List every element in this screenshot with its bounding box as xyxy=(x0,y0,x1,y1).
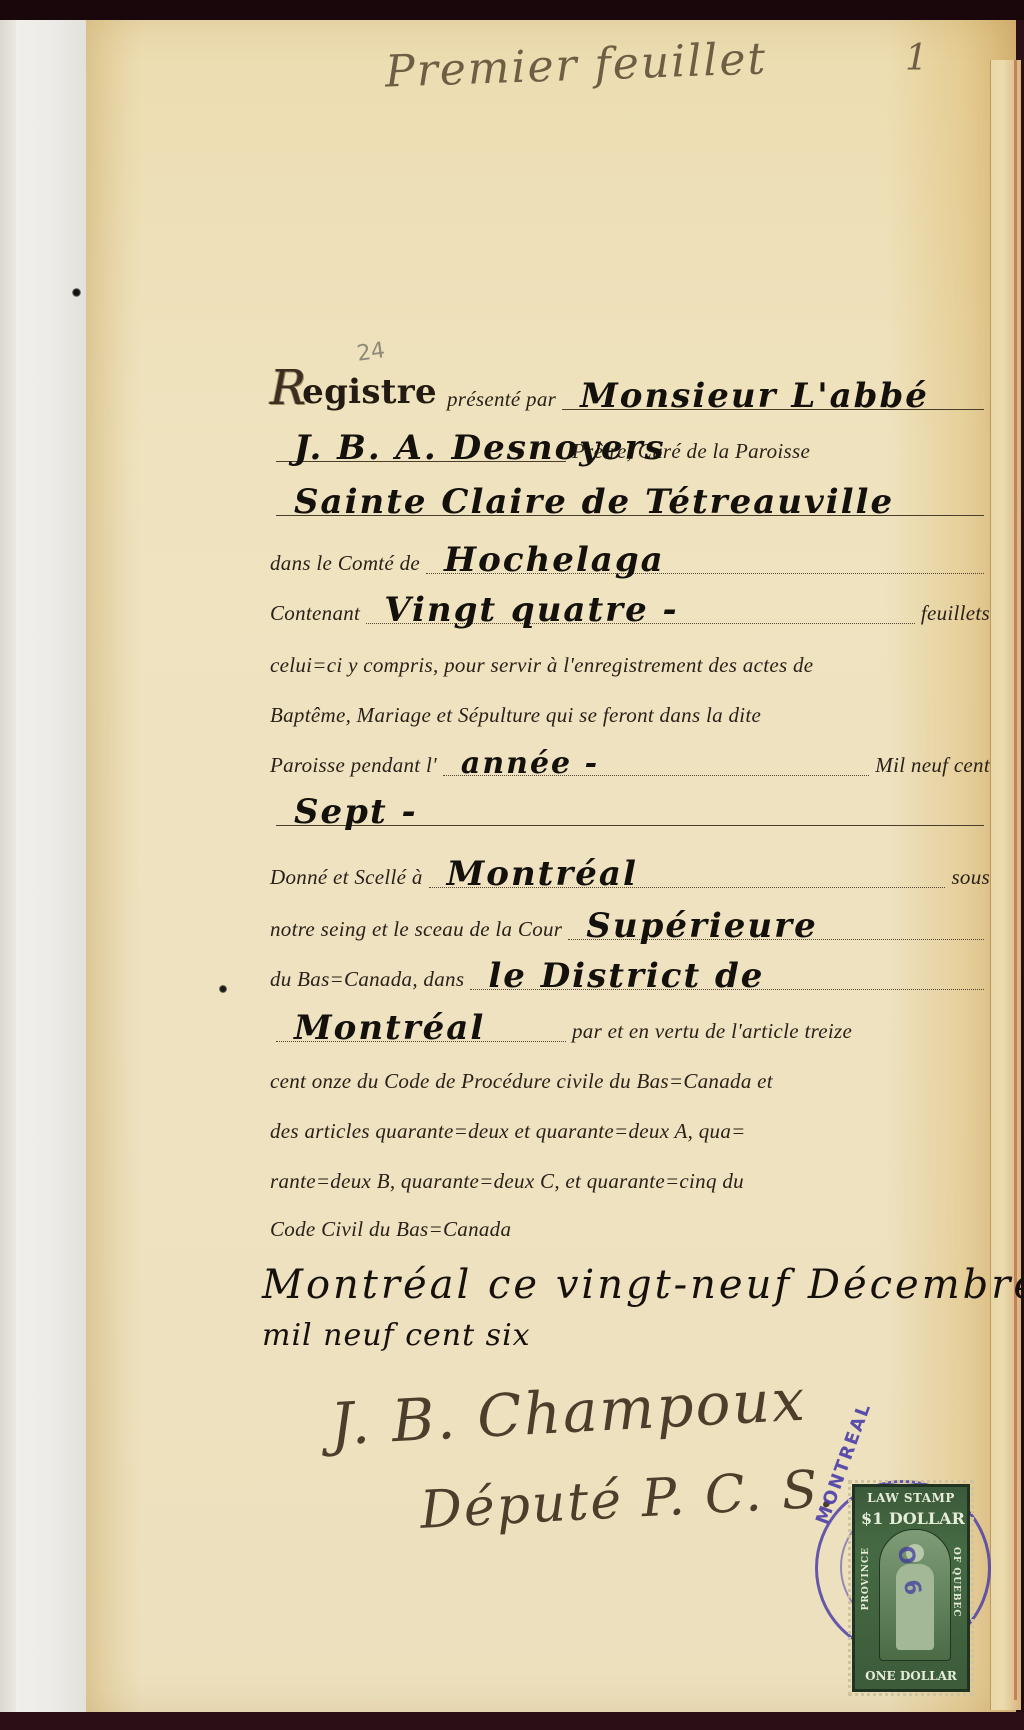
fill-field-period: année - xyxy=(443,735,869,776)
handwritten-entry: Hochelaga xyxy=(426,543,677,577)
printed-text: celui=ci y compris, pour servir à l'enre… xyxy=(270,653,813,682)
printed-text: par et en vertu de l'article treize xyxy=(572,1019,852,1048)
closing-date-line-1: Montréal ce vingt-neuf Décembre xyxy=(262,1262,1024,1308)
binding-edge xyxy=(0,20,16,1712)
printed-text: Mil neuf cent xyxy=(875,753,990,782)
printed-text: sous xyxy=(951,865,990,894)
ornate-initial: R xyxy=(270,360,306,416)
printed-text: Donné et Scellé à xyxy=(270,865,423,894)
form-line-contents: Contenant Vingt quatre - feuillets xyxy=(270,582,990,630)
printed-text: cent onze du Code de Procédure civile du… xyxy=(270,1069,773,1098)
stamp-top-label: LAW STAMP xyxy=(855,1491,967,1505)
ink-spot xyxy=(219,985,227,993)
stamp-left-label: PROVINCE xyxy=(861,1547,871,1610)
printed-text: Paroisse pendant l' xyxy=(270,753,437,782)
folio-number: 1 xyxy=(905,38,928,79)
handwritten-entry: Sept - xyxy=(276,795,430,829)
form-line-priest: J. B. A. Desnoyers Prêtre, Curé de la Pa… xyxy=(270,420,990,468)
form-line-parish: Sainte Claire de Tétreauville xyxy=(270,474,990,522)
fill-field-leaf-count: Vingt quatre - xyxy=(366,583,915,624)
closing-date-line-2: mil neuf cent six xyxy=(262,1318,531,1353)
page-red-edge xyxy=(1014,60,1017,1700)
stamp-right-label: OF QUEBEC xyxy=(951,1547,961,1618)
printed-text: des articles quarante=deux et quarante=d… xyxy=(270,1119,746,1148)
handwritten-entry: année - xyxy=(443,749,611,779)
printed-text: Contenant xyxy=(270,601,360,630)
form-line-county: dans le Comté de Hochelaga xyxy=(270,532,990,580)
form-line-district: du Bas=Canada, dans le District de xyxy=(270,948,990,996)
stamp-value: $1 DOLLAR xyxy=(861,1509,965,1528)
fill-field-priest-name: J. B. A. Desnoyers xyxy=(276,421,566,462)
handwritten-entry: Vingt quatre - xyxy=(366,593,690,627)
bottom-cover-edge xyxy=(0,1712,1024,1730)
handwritten-entry: le District de xyxy=(470,959,776,993)
form-line-year-value: Sept - xyxy=(270,784,990,832)
form-line-legal-4: Code Civil du Bas=Canada xyxy=(270,1198,990,1246)
printed-text: présenté par xyxy=(447,387,556,416)
handwritten-entry: Sainte Claire de Tétreauville xyxy=(276,485,906,519)
fill-field-court: Supérieure xyxy=(568,899,984,940)
printed-text: Code Civil du Bas=Canada xyxy=(270,1217,511,1246)
handwritten-entry: Supérieure xyxy=(568,909,829,943)
top-cover-edge xyxy=(0,0,1024,20)
form-line-legal-1: cent onze du Code de Procédure civile du… xyxy=(270,1050,990,1098)
fill-field-district: le District de xyxy=(470,949,984,990)
printed-text: dans le Comté de xyxy=(270,551,420,580)
printed-text: rante=deux B, quarante=deux C, et quaran… xyxy=(270,1169,744,1198)
fill-field-parish: Sainte Claire de Tétreauville xyxy=(276,475,984,516)
handwritten-entry: Monsieur L'abbé xyxy=(562,379,941,413)
printed-text: notre seing et le sceau de la Cour xyxy=(270,917,562,946)
form-line-legal-3: rante=deux B, quarante=deux C, et quaran… xyxy=(270,1150,990,1198)
printed-text: du Bas=Canada, dans xyxy=(270,967,464,996)
form-line-court: notre seing et le sceau de la Cour Supér… xyxy=(270,898,990,946)
printed-text: egistre xyxy=(302,372,437,416)
binding-hole xyxy=(72,288,81,297)
handwritten-entry: Montréal xyxy=(429,857,650,891)
printed-text: Baptême, Mariage et Sépulture qui se fer… xyxy=(270,703,761,732)
form-line-purpose: celui=ci y compris, pour servir à l'enre… xyxy=(270,634,990,682)
form-line-year: Paroisse pendant l' année - Mil neuf cen… xyxy=(270,734,990,782)
handwritten-entry: Montréal xyxy=(276,1011,497,1045)
form-line-legal-2: des articles quarante=deux et quarante=d… xyxy=(270,1100,990,1148)
fill-field-district-name: Montréal xyxy=(276,1001,566,1042)
fill-field-county: Hochelaga xyxy=(426,533,984,574)
fill-field-city: Montréal xyxy=(429,847,946,888)
pencil-note: 24 xyxy=(355,338,386,367)
form-line-acts: Baptême, Mariage et Sépulture qui se fer… xyxy=(270,684,990,732)
printed-text: feuillets xyxy=(921,601,990,630)
handwritten-entry: J. B. A. Desnoyers xyxy=(276,431,678,465)
fill-field-presenter: Monsieur L'abbé xyxy=(562,369,984,410)
form-line-registre: R egistre présenté par Monsieur L'abbé xyxy=(270,368,990,416)
form-line-district-name: Montréal par et en vertu de l'article tr… xyxy=(270,1000,990,1048)
stamp-bottom-label: ONE DOLLAR xyxy=(855,1669,967,1683)
fill-field-year: Sept - xyxy=(276,785,984,826)
form-line-given-at: Donné et Scellé à Montréal sous xyxy=(270,846,990,894)
